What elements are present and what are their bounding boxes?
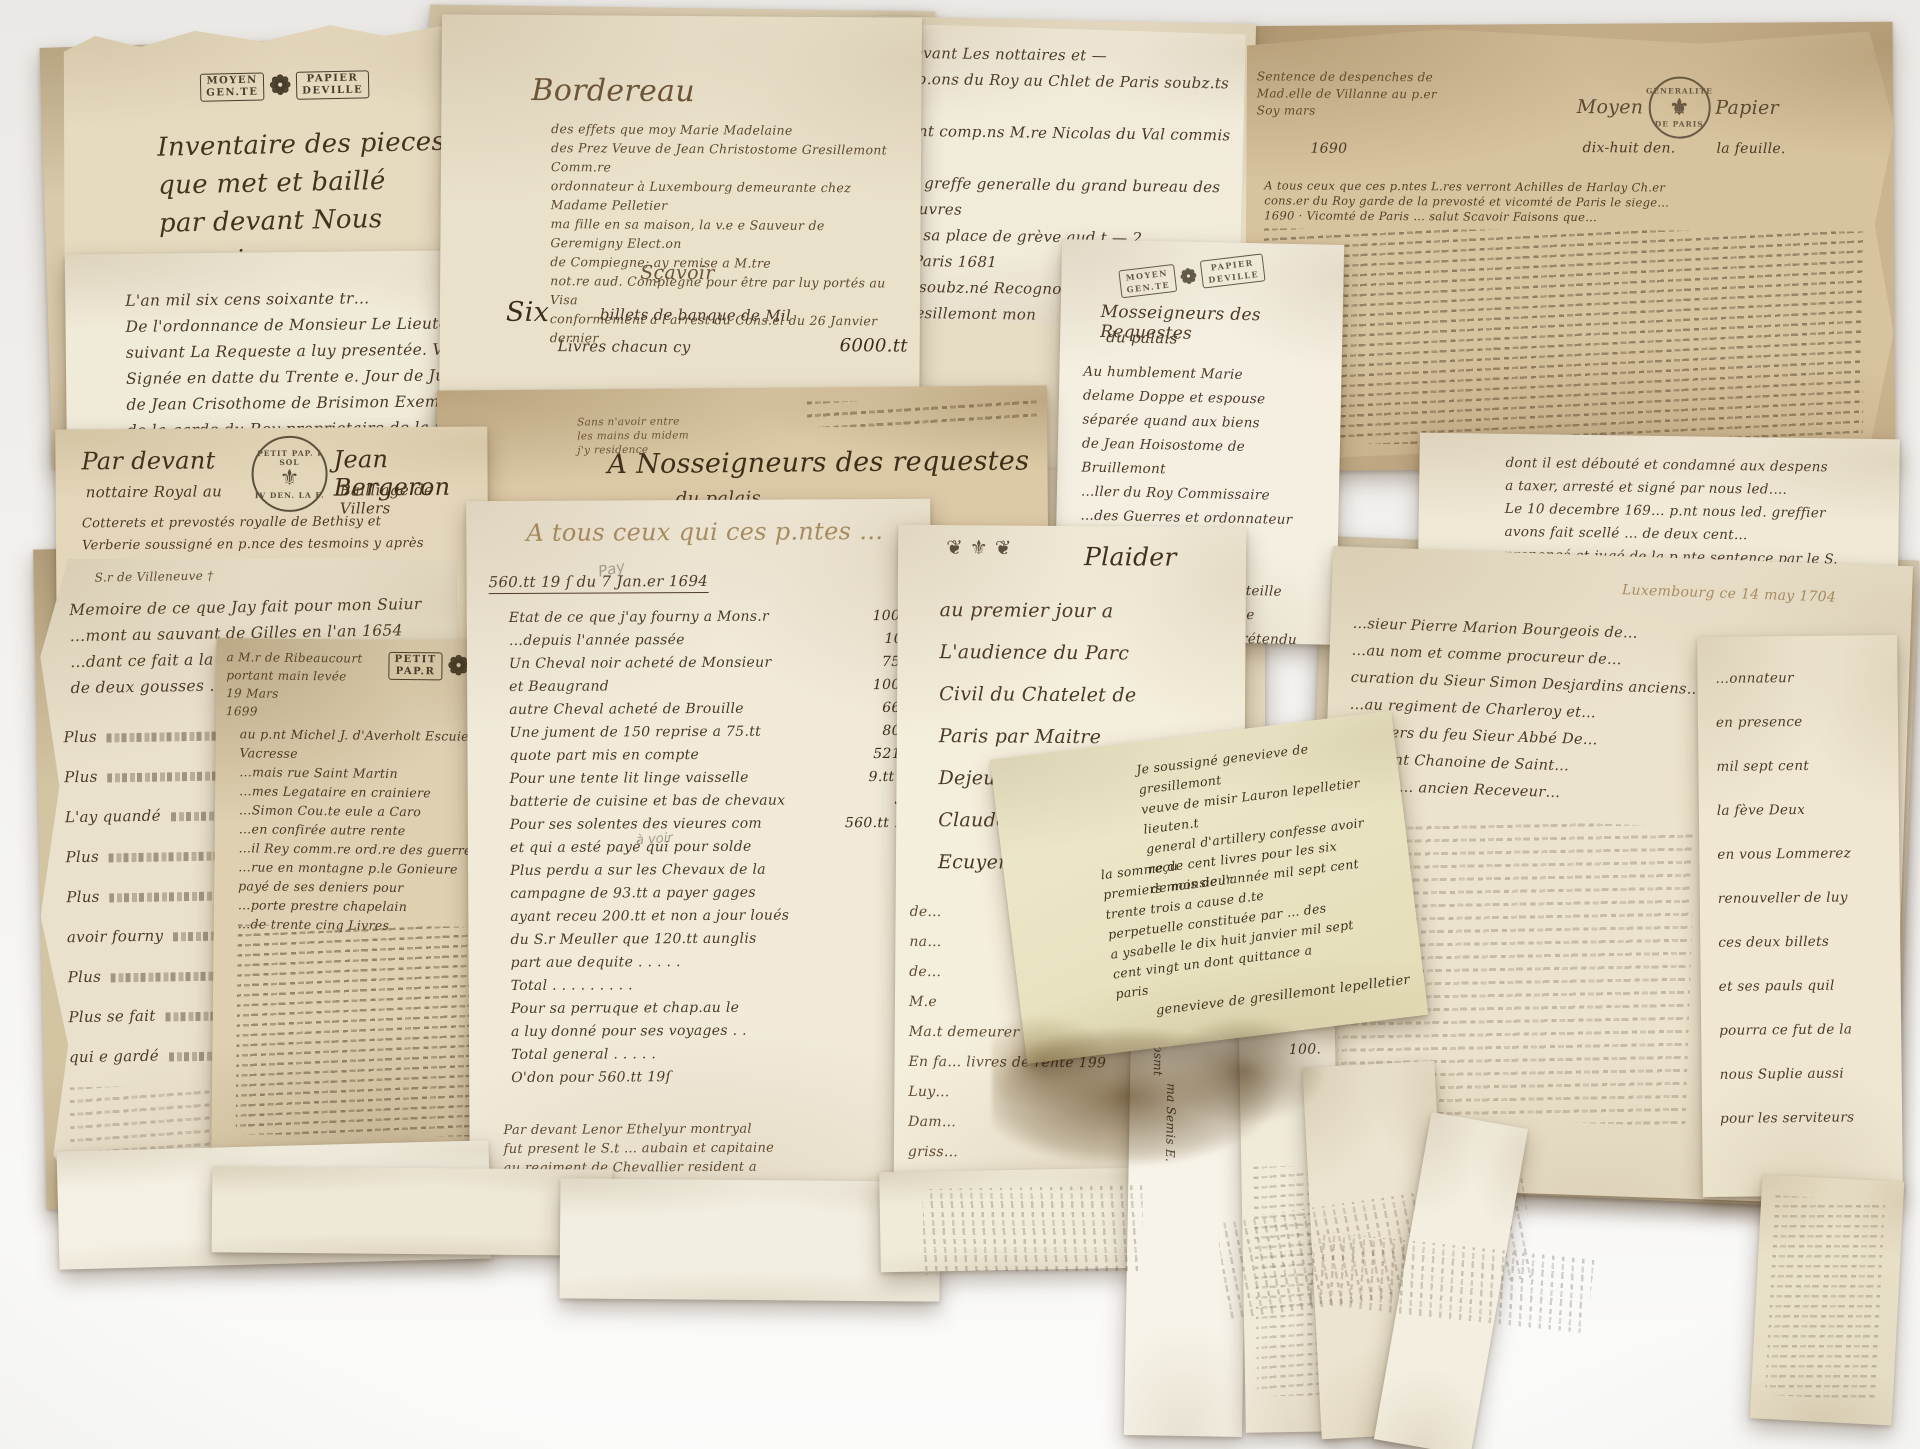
stamp-rosette-icon: ❁	[1179, 262, 1199, 290]
entry-big-word: Six	[506, 297, 549, 328]
text-line: des Prez Veuve de Jean Christostome Gres…	[551, 138, 901, 178]
text-line: 19 Mars	[226, 684, 366, 703]
text-line: Soy mars	[1257, 102, 1467, 120]
text-line: part aue dequite . . . . .	[511, 950, 841, 975]
document-text: …onnateuren presencemil sept centla fève…	[1715, 655, 1890, 1141]
text-line: et ses pauls quil	[1719, 963, 1889, 1009]
stamp-text: PAPIERDEVILLE	[1200, 253, 1266, 288]
text-line: Cotterets et prevostés royalle de Bethis…	[82, 511, 482, 536]
ink-flourish-band	[807, 399, 1037, 427]
stamp-text-line: PETIT	[394, 654, 436, 665]
document-heading: A Nosseigneurs des requestes	[607, 445, 1037, 480]
text-line: O'don pour 560.tt 19ſ	[511, 1065, 841, 1090]
generalite-de-paris-stamp-icon: GENERALITE ⚜ DE PARIS	[1648, 76, 1710, 138]
moyen-papier-stamp: MOYENGEN.TE ❁ PAPIERDEVILLE	[200, 70, 369, 102]
moyen-papier-stamp: Moyen GENERALITE ⚜ DE PARIS Papier	[1577, 76, 1780, 139]
text-line: sont comp.ns M.re Nicolas du Val commis …	[900, 118, 1231, 175]
text-line: mil sept cent	[1716, 743, 1886, 789]
text-line: Civil du Chatelet de	[939, 673, 1219, 717]
petit-papier-sol-stamp-icon: PETIT PAP. I SOL ⚜ IV DEN. LA F.	[251, 436, 328, 513]
text-line: ma fille en sa maison, la v.e e Sauveur …	[550, 214, 900, 254]
stamp-text: PAPIERDEVILLE	[296, 70, 369, 100]
entry-text: billets de banque de Mil	[600, 305, 791, 324]
text-line: et qui a esté payé qui pour solde	[510, 835, 840, 860]
stamp-text: MOYENGEN.TE	[200, 72, 265, 101]
text-line: ordonnateur à Luxembourg demeurante chez…	[551, 176, 901, 216]
handwriting-scribble	[1263, 228, 1864, 446]
text-line: campagne de 93.tt a payer gages	[510, 881, 840, 906]
paper-strip	[1750, 1174, 1905, 1425]
document-text: nottaire Royal au	[86, 482, 222, 501]
text-line: Plus perdu a sur les Chevaux de la	[510, 858, 840, 883]
text-line: ces deux billets	[1718, 919, 1888, 965]
stamp-text-line: DEVILLE	[302, 84, 363, 96]
document-heading: Par devant	[81, 446, 215, 475]
text-line: Pour sa perruque et chap.au le	[511, 996, 841, 1021]
stamp-text-line: PAPIER	[306, 73, 358, 85]
amount-value: 6000.tt	[840, 335, 908, 356]
text-line: Etat de ce que j'ay fourny a Mons.r	[509, 605, 839, 630]
stamp-ring-text: DE PARIS	[1655, 119, 1704, 128]
stamp-text-line: GEN.TE	[206, 87, 258, 99]
stamp-text-line: MOYEN	[206, 75, 257, 87]
text-line: autre Cheval acheté de Brouille	[509, 697, 839, 722]
moyen-papier-stamp: MOYENGEN.TE ❁ PAPIERDEVILLE	[1118, 253, 1265, 298]
margin-note: a M.r de Ribeaucourtportant main levée19…	[226, 648, 367, 721]
handwriting-scribble	[1765, 1195, 1885, 1400]
text-line: de Compiegne; ay remise a M.tre	[550, 252, 900, 273]
text-line: Pour ses solentes des vieures com	[510, 812, 840, 837]
text-line: Sentence de despenches de	[1257, 68, 1467, 86]
docket-date: Luxembourg ce 14 may 1704	[1622, 582, 1837, 605]
stamp-text-line: GEN.TE	[1126, 280, 1170, 295]
entry-text: Livres chacun cy	[558, 337, 691, 356]
text-line: pour les serviteurs	[1720, 1095, 1890, 1141]
pencil-note-avoir: à voir	[636, 831, 674, 849]
text-line: au greffe generalle du grand bureau des …	[899, 170, 1230, 227]
text-line: et Beaugrand	[509, 674, 839, 699]
text-line: du S.r Meuller que 120.tt aunglis	[510, 927, 840, 952]
stamp-subline: la feuille.	[1716, 141, 1785, 157]
photo-of-manuscripts: Sentence de despenches deMad.elle de Vil…	[0, 0, 1920, 1449]
text-line: …depuis l'année passée	[509, 628, 839, 653]
text-line: en vous Lommerez	[1717, 831, 1887, 877]
stamp-label: Papier	[1715, 97, 1779, 119]
stamp-text: MOYENGEN.TE	[1118, 264, 1177, 298]
docket-year: 1690	[1310, 141, 1347, 157]
savoir-line: Sçavoir	[640, 262, 715, 285]
text-line: 1690 · Vicomté de Paris … salut Scavoir …	[1264, 208, 1874, 226]
text-line: Un Cheval noir acheté de Monsieur	[509, 651, 839, 676]
handwriting-scribble	[922, 1185, 1143, 1275]
text-line: des effets que moy Marie Madelaine	[551, 119, 901, 140]
crest-stamp-icon: ❦ ⚜ ❦	[946, 535, 1012, 559]
docket-margin-note: Sentence de despenches deMad.elle de Vil…	[1257, 68, 1467, 120]
text-line: Sans n'avoir entre	[577, 414, 697, 429]
text-line: nous Suplie aussi	[1719, 1051, 1889, 1097]
text-line: en presence	[1716, 699, 1886, 745]
text-line: Verberie soussigné en p.nce des tesmoins…	[82, 533, 482, 558]
document-text: A tous ceux que ces p.ntes L.res verront…	[1264, 178, 1874, 226]
account-labels: Etat de ce que j'ay fourny a Mons.r…depu…	[509, 605, 842, 1090]
stamp-label: Moyen	[1577, 96, 1644, 118]
document-text: …sieur Pierre Marion Bourgeois de……au no…	[1347, 611, 1733, 813]
stamp-subline: dix-huit den.	[1582, 140, 1675, 156]
text-line: la fève Deux	[1717, 787, 1887, 833]
text-line: Mad.elle de Villanne au p.er	[1257, 85, 1467, 103]
text-line: a M.r de Ribeaucourt	[226, 648, 366, 667]
text-line: tab.ons du Roy au Chlet de Paris soubz.t…	[901, 66, 1232, 123]
fleur-de-lis-icon: ⚜	[1669, 96, 1689, 120]
document-heading: Bordereau	[531, 73, 695, 109]
text-line: renouveller de luy	[1718, 875, 1888, 921]
text-line: Par devant Lenor Ethelyur montryal	[503, 1119, 883, 1140]
text-line: Total general . . . . .	[511, 1042, 841, 1067]
stamp-text-line: PAP.R	[396, 666, 436, 677]
document-header-note: S.r de Villeneuve †	[95, 569, 214, 585]
document-right-column: …onnateuren presencemil sept centla fève…	[1697, 635, 1903, 1197]
text-line: Une jument de 150 reprise a 75.tt	[509, 720, 839, 745]
text-line: fut present le S.t … aubain et capitaine	[504, 1138, 884, 1159]
text-line: au premier jour a	[940, 589, 1220, 633]
text-line: portant main levée	[226, 666, 366, 685]
document-title: Plaider	[1084, 542, 1177, 572]
text-line: L'audience du Parc	[939, 631, 1219, 675]
text-line: …onnateur	[1715, 655, 1885, 701]
faded-heading: A tous ceux qui ces p.ntes …	[526, 517, 906, 547]
text-line: de Jean Hoisostome de Bruillemont	[1081, 432, 1332, 485]
document-etat: A tous ceux qui ces p.ntes … 560.tt 19 ſ…	[466, 499, 934, 1201]
stain-blotch	[992, 1002, 1328, 1174]
text-line: quote part mis en compte	[509, 743, 839, 768]
text-line: pourra ce fut de la	[1719, 1007, 1889, 1053]
stamp-ring-text: IV DEN. LA F.	[255, 490, 325, 499]
stamp-rosette-icon: ❁	[269, 73, 291, 99]
text-line: 1699	[226, 702, 366, 721]
text-line: ayant receu 200.tt et non a jour loués	[510, 904, 840, 929]
text-line: Total . . . . . . . . .	[511, 973, 841, 998]
text-line: a luy donné pour ses voyages . .	[511, 1019, 841, 1044]
text-line: batterie de cuisine et bas de chevaux	[510, 789, 840, 814]
stamp-ring-text: PETIT PAP. I SOL	[253, 448, 325, 467]
text-line: les mains du midem	[577, 428, 697, 443]
paper-sheet-edge	[212, 1166, 613, 1255]
fleur-de-lis-icon: ⚜	[280, 466, 300, 490]
text-line: Pour une tente lit linge vaisselle	[510, 766, 840, 791]
document-heading: du palais	[1106, 328, 1178, 347]
stamp-text: PETITPAP.R	[388, 652, 442, 681]
